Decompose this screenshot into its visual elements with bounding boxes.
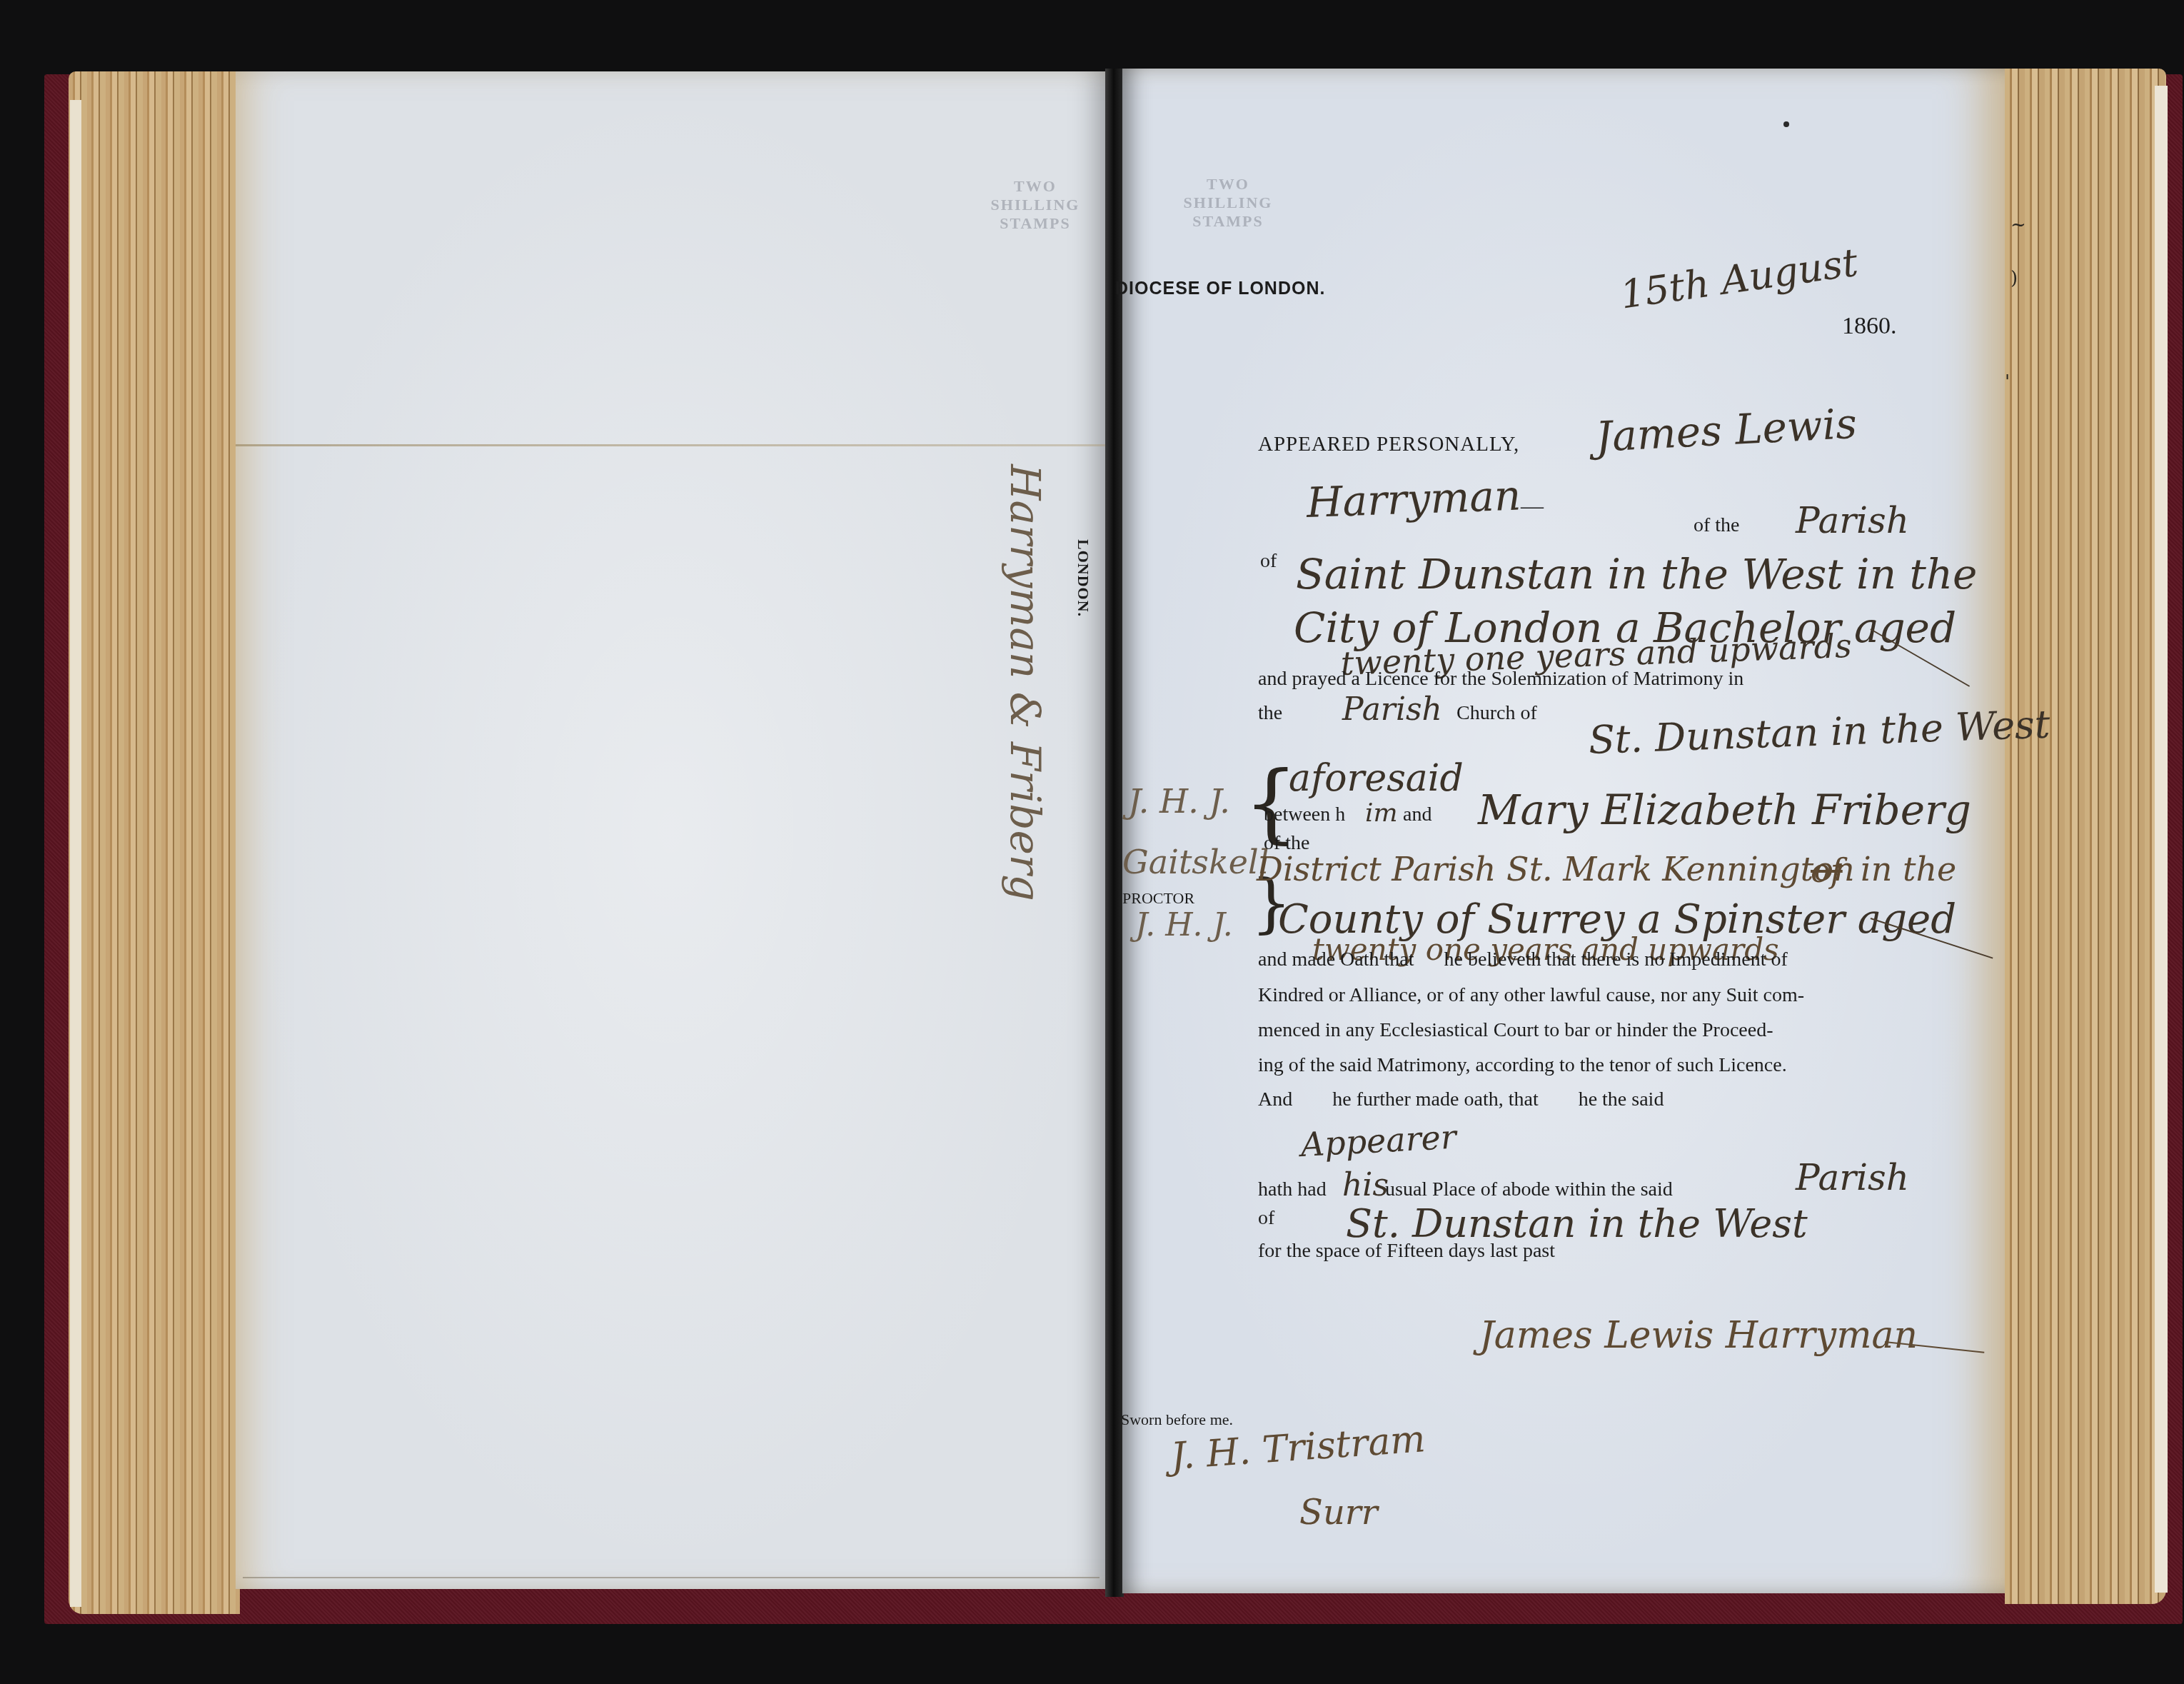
margin-proctor-initials: J. H. J.	[1135, 907, 1233, 943]
sworn-before-me-label: Sworn before me.	[1121, 1410, 1233, 1429]
parish-handwritten-1: Parish	[1796, 500, 1909, 541]
edge-tab-mark: )	[2011, 268, 2018, 289]
left-page-edges	[69, 71, 240, 1614]
oath-line-3: menced in any Ecclesiastical Court to ba…	[1258, 1019, 1773, 1042]
left-page	[236, 71, 1107, 1589]
bride-name-handwritten: Mary Elizabeth Friberg	[1478, 786, 1971, 834]
appearer-handwritten: Appearer	[1300, 1118, 1457, 1164]
year-printed: 1860.	[1842, 313, 1897, 340]
proctor-label: PROCTOR	[1122, 889, 1194, 908]
ink-speck	[1783, 121, 1789, 127]
bride-parish-struck: of	[1811, 851, 1843, 890]
bride-parish-tail: in the	[1861, 850, 1956, 888]
abode-line: usual Place of abode within the said	[1385, 1178, 1673, 1201]
bride-parish-handwritten: District Parish St. Mark Kennington	[1257, 850, 1855, 888]
between-him-handwritten: im	[1365, 798, 1398, 828]
edge-tab-mark: ~	[2011, 214, 2026, 236]
of-the-label: of the	[1694, 514, 1740, 537]
embossed-stamp-right: TWO SHILLING STAMPS	[1157, 175, 1299, 231]
right-endpaper	[2155, 86, 2168, 1593]
the-label: the	[1258, 702, 1282, 725]
appearer-surname: Harryman	[1306, 471, 1522, 527]
his-handwritten: his	[1342, 1167, 1389, 1203]
left-margin-london: LONDON.	[1074, 539, 1092, 617]
aforesaid-handwritten: aforesaid	[1289, 757, 1464, 800]
appearer-signature: James Lewis Harryman	[1479, 1314, 1918, 1357]
oath-line-5: And he further made oath, that he the sa…	[1258, 1088, 1664, 1111]
hath-had-label: hath had	[1258, 1178, 1327, 1201]
surrogate-title: Surr	[1299, 1493, 1378, 1533]
diocese-heading: DIOCESE OF LONDON.	[1115, 279, 1325, 299]
residence-line1: Saint Dunstan in the West in the	[1296, 550, 1977, 598]
of-label-1: of	[1260, 550, 1277, 573]
oath-line-2: Kindred or Alliance, or of any other law…	[1258, 984, 1804, 1007]
left-page-fold-line	[236, 444, 1107, 446]
right-page-edges	[2005, 69, 2166, 1604]
margin-initials: J. H. J.	[1128, 782, 1230, 821]
parish-handwritten-2: Parish	[1796, 1157, 1909, 1198]
prayed-licence-line: and prayed a Licence for the Solemnizati…	[1258, 668, 1743, 691]
left-page-bottom-edge	[243, 1577, 1099, 1580]
fifteen-days-line: for the space of Fifteen days last past	[1258, 1240, 1555, 1263]
between-label: between h	[1264, 803, 1345, 826]
edge-tab-mark: '	[2005, 371, 2010, 393]
oath-line-1: and made Oath that he believeth that the…	[1258, 948, 1788, 971]
left-endpaper	[70, 100, 81, 1607]
of-label-2: of	[1258, 1207, 1274, 1230]
oath-line-4: ing of the said Matrimony, according to …	[1258, 1054, 1787, 1077]
dash: —	[1521, 493, 1544, 519]
and-label: and	[1403, 803, 1431, 826]
left-margin-names-handwritten: Harryman & Friberg	[1001, 464, 1050, 901]
appeared-personally-label: APPEARED PERSONALLY,	[1258, 433, 1519, 456]
embossed-stamp-left: TWO SHILLING STAMPS	[985, 177, 1085, 233]
church-of-label: Church of	[1456, 702, 1537, 725]
church-type-handwritten: Parish	[1342, 691, 1442, 728]
